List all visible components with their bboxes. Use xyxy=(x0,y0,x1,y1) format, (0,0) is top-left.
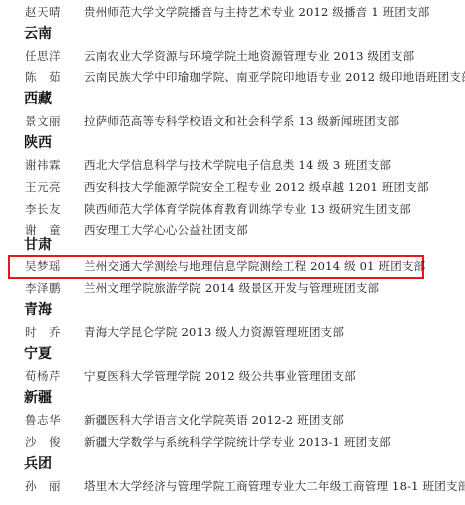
list-item: 孙 丽 塔里木大学经济与管理学院工商管理专业大二年级工商管理 18-1 班团支部 xyxy=(0,476,465,497)
section-heading-bingtuan: 兵团 xyxy=(24,453,52,475)
section-heading-xizang: 西藏 xyxy=(24,88,52,110)
list-item: 谢祎霖 西北大学信息科学与技术学院电子信息类 14 级 3 班团支部 xyxy=(0,155,465,176)
branch-description: 宁夏医科大学管理学院 2012 级公共事业管理团支部 xyxy=(84,366,356,387)
branch-description: 贵州师范大学文学院播音与主持艺术专业 2012 级播音 1 班团支部 xyxy=(84,2,430,23)
list-item: 景文丽 拉萨师范高等专科学校语文和社会科学系 13 级新闻班团支部 xyxy=(0,111,465,132)
member-name: 谢祎霖 xyxy=(25,155,80,176)
member-name: 时 乔 xyxy=(25,322,80,343)
section-heading-xinjiang: 新疆 xyxy=(24,387,52,409)
member-name: 李长友 xyxy=(25,199,80,220)
list-item: 时 乔 青海大学昆仑学院 2013 级人力资源管理班团支部 xyxy=(0,322,465,343)
section-heading-ningxia: 宁夏 xyxy=(24,343,52,365)
list-item: 李长友 陕西师范大学体育学院体育教育训练学专业 13 级研究生团支部 xyxy=(0,199,465,220)
member-name: 沙 俊 xyxy=(25,432,80,453)
branch-description: 云南民族大学中印瑜珈学院、南亚学院印地语专业 2012 级印地语班团支部 xyxy=(84,67,465,88)
branch-description: 拉萨师范高等专科学校语文和社会科学系 13 级新闻班团支部 xyxy=(84,111,399,132)
list-item: 赵天晴 贵州师范大学文学院播音与主持艺术专业 2012 级播音 1 班团支部 xyxy=(0,2,465,23)
branch-description: 西北大学信息科学与技术学院电子信息类 14 级 3 班团支部 xyxy=(84,155,391,176)
section-heading-gansu: 甘肃 xyxy=(24,234,52,256)
list-item: 鲁志华 新疆医科大学语言文化学院英语 2012-2 班团支部 xyxy=(0,410,465,431)
member-name: 陈 茹 xyxy=(25,67,80,88)
section-heading-yunnan: 云南 xyxy=(24,23,52,45)
member-name: 任思洋 xyxy=(25,46,80,67)
member-name: 李泽鹏 xyxy=(25,278,80,299)
list-item: 陈 茹 云南民族大学中印瑜珈学院、南亚学院印地语专业 2012 级印地语班团支部 xyxy=(0,67,465,88)
branch-description: 兰州文理学院旅游学院 2014 级景区开发与管理班团支部 xyxy=(84,278,379,299)
list-item: 王元亮 西安科技大学能源学院安全工程专业 2012 级卓越 1201 班团支部 xyxy=(0,177,465,198)
branch-description: 西安理工大学心心公益社团支部 xyxy=(84,220,248,241)
member-name: 王元亮 xyxy=(25,177,80,198)
branch-description: 陕西师范大学体育学院体育教育训练学专业 13 级研究生团支部 xyxy=(84,199,411,220)
member-name: 赵天晴 xyxy=(25,2,80,23)
branch-description: 塔里木大学经济与管理学院工商管理专业大二年级工商管理 18-1 班团支部 xyxy=(84,476,465,497)
section-heading-qinghai: 青海 xyxy=(24,299,52,321)
list-item: 沙 俊 新疆大学数学与系统科学学院统计学专业 2013-1 班团支部 xyxy=(0,432,465,453)
list-item: 李泽鹏 兰州文理学院旅游学院 2014 级景区开发与管理班团支部 xyxy=(0,278,465,299)
member-name: 景文丽 xyxy=(25,111,80,132)
member-name: 荀杨芹 xyxy=(25,366,80,387)
branch-description: 云南农业大学资源与环境学院土地资源管理专业 2013 级团支部 xyxy=(84,46,414,67)
member-name: 鲁志华 xyxy=(25,410,80,431)
branch-description: 西安科技大学能源学院安全工程专业 2012 级卓越 1201 班团支部 xyxy=(84,177,429,198)
branch-description: 青海大学昆仑学院 2013 级人力资源管理班团支部 xyxy=(84,322,344,343)
list-item: 荀杨芹 宁夏医科大学管理学院 2012 级公共事业管理团支部 xyxy=(0,366,465,387)
member-name: 吴梦瑶 xyxy=(25,256,80,277)
branch-description: 新疆医科大学语言文化学院英语 2012-2 班团支部 xyxy=(84,410,344,431)
section-heading-shaanxi: 陕西 xyxy=(24,132,52,154)
branch-description: 新疆大学数学与系统科学学院统计学专业 2013-1 班团支部 xyxy=(84,432,391,453)
list-item: 任思洋 云南农业大学资源与环境学院土地资源管理专业 2013 级团支部 xyxy=(0,46,465,67)
list-item-highlighted: 吴梦瑶 兰州交通大学测绘与地理信息学院测绘工程 2014 级 01 班团支部 xyxy=(0,256,465,277)
member-name: 孙 丽 xyxy=(25,476,80,497)
branch-description: 兰州交通大学测绘与地理信息学院测绘工程 2014 级 01 班团支部 xyxy=(84,256,425,277)
list-item: 谢 童 西安理工大学心心公益社团支部 xyxy=(0,220,465,241)
